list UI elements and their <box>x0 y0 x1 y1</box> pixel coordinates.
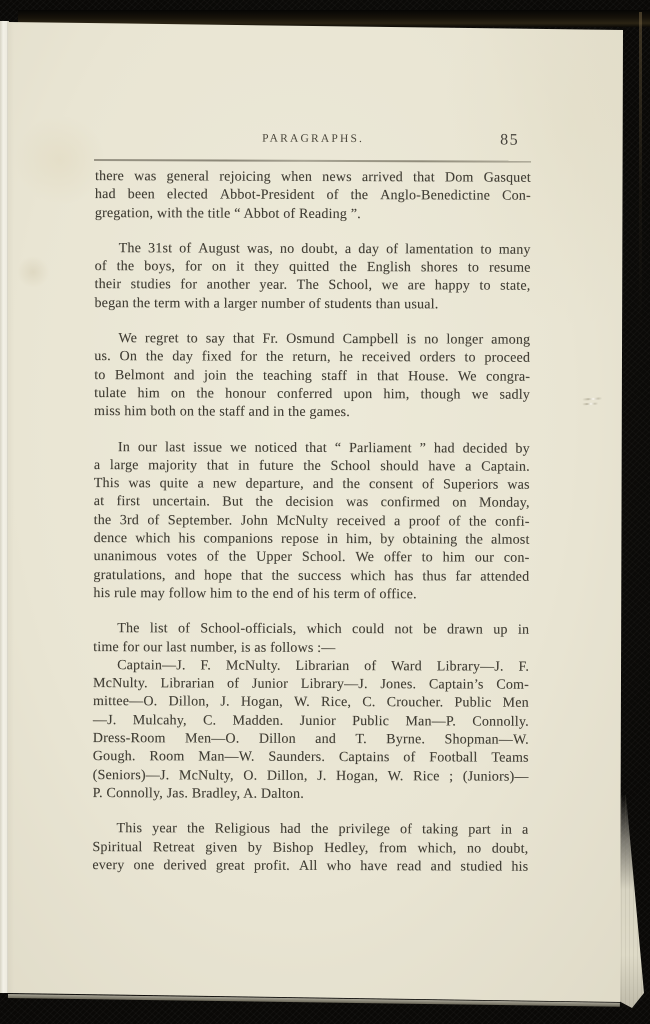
header-rule <box>94 159 531 162</box>
scanned-book-page: PARAGRAPHS. 85 therewasgeneralrejoicingw… <box>0 0 650 1024</box>
text-line: began the term with a larger number of s… <box>94 295 530 315</box>
text-line: atfirstuncertain.Butthedecisionwasconfir… <box>94 493 530 513</box>
text-line: gratulations,andhopethatthesuccesswhichh… <box>93 567 529 587</box>
text-line: oftheboys,foronittheyquittedtheEnglishsh… <box>95 258 531 278</box>
text-line: mittee—O.Dillon,J.Hogan,W.Rice,C.Crouche… <box>93 693 529 713</box>
text-line: his rule may follow him to the end of hi… <box>93 585 529 605</box>
text-line: unanimousvotesoftheUpperSchool.Weofferto… <box>93 548 529 568</box>
text-line: the3rdofSeptember.JohnMcNultyreceivedapr… <box>94 512 530 532</box>
text-line: —J.Mulcahy,C.Madden.JuniorPublicMan—P.Co… <box>93 712 529 732</box>
text-line: Captain—J.F.McNulty.LibrarianofWardLibra… <box>117 657 529 677</box>
text-line: dencewhichhiscompanionsreposeinhim,byobt… <box>94 530 530 550</box>
text-line: hadbeenelectedAbbot-PresidentoftheAnglo-… <box>95 186 531 206</box>
text-line: McNulty.LibrarianofJuniorLibrary—J.Jones… <box>93 675 529 695</box>
text-line: ThelistofSchool-officials,whichcouldnotb… <box>117 620 529 640</box>
page-number: 85 <box>459 131 519 148</box>
paragraph: therewasgeneralrejoicingwhennewsarrivedt… <box>95 168 531 225</box>
paragraph: The31stofAugustwas,nodoubt,adayoflamenta… <box>94 240 530 315</box>
text-line: theirstudiesforanotheryear.TheSchool,wea… <box>95 276 531 296</box>
text-line: time for our last number, is as follows … <box>93 639 529 659</box>
text-line: WeregrettosaythatFr.OsmundCampbellisnolo… <box>118 330 530 350</box>
paragraph: Inourlastissuewenoticedthat“Parliament”h… <box>93 439 530 605</box>
page-stack-gutter-edge <box>0 21 9 993</box>
text-line: (Seniors)—J.McNulty,O.Dillon,J.Hogan,W.R… <box>93 767 529 787</box>
text-line: alargemajoritythatinfuturetheSchoolshoul… <box>94 457 530 477</box>
text-line: toBelmontandjointheteachingstaffinthatHo… <box>94 367 530 387</box>
paper-page: PARAGRAPHS. 85 therewasgeneralrejoicingw… <box>0 0 650 1024</box>
printed-text-layer: PARAGRAPHS. 85 therewasgeneralrejoicingw… <box>0 0 650 1024</box>
text-line: The31stofAugustwas,nodoubt,adayoflamenta… <box>119 240 531 260</box>
text-line: Thiswasquiteanewdeparture,andtheconsento… <box>94 475 530 495</box>
text-line: P. Connolly, Jas. Bradley, A. Dalton. <box>93 785 529 805</box>
paragraphs: therewasgeneralrejoicingwhennewsarrivedt… <box>92 168 531 877</box>
paragraph: ThelistofSchool-officials,whichcouldnotb… <box>93 620 529 658</box>
text-line: Inourlastissuewenoticedthat“Parliament”h… <box>118 439 530 459</box>
paper-crease-mark <box>582 397 602 406</box>
text-line: Gough.RoomMan—W.Saunders.CaptainsofFootb… <box>93 748 529 768</box>
text-line: therewasgeneralrejoicingwhennewsarrivedt… <box>95 168 531 188</box>
paragraph: WeregrettosaythatFr.OsmundCampbellisnolo… <box>94 330 530 423</box>
text-line: SpiritualRetreatgivenbyBishopHedley,from… <box>92 838 528 858</box>
book-cover-right-edge <box>639 12 642 332</box>
text-line: miss him both on the staff and in the ga… <box>94 403 530 423</box>
text-line: tulatehimonthehonourconferreduponhim,tho… <box>94 385 530 405</box>
text-line: everyonederivedgreatprofit.Allwhohaverea… <box>92 857 528 877</box>
text-line: gregation, with the title “ Abbot of Rea… <box>95 205 531 225</box>
paragraph: Captain—J.F.McNulty.LibrarianofWardLibra… <box>93 657 530 805</box>
paragraph: ThisyeartheReligioushadtheprivilegeoftak… <box>92 820 528 877</box>
text-line: us.Onthedayfixedforthereturn,hereceivedo… <box>94 348 530 368</box>
text-line: Dress-RoomMen—O.DillonandT.Byrne.Shopman… <box>93 730 529 750</box>
text-line: ThisyeartheReligioushadtheprivilegeoftak… <box>116 820 528 840</box>
